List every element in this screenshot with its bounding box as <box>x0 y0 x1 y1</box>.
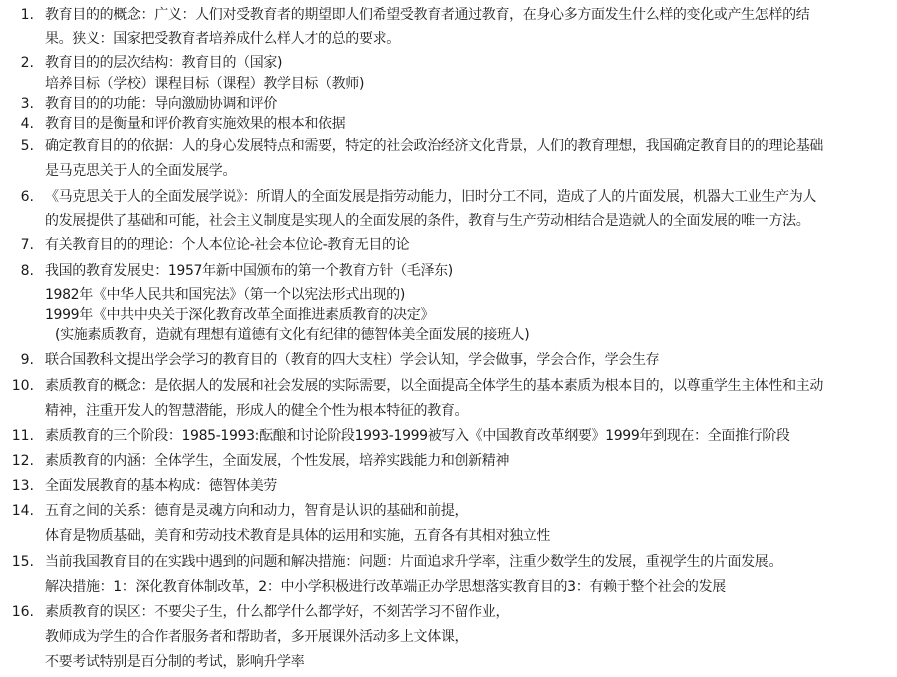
list-number: 16. <box>0 601 34 623</box>
list-item-line: 果。狭义：国家把受教育者培养成什么样人才的总的要求。 <box>45 28 400 50</box>
list-number: 14. <box>0 500 34 522</box>
list-item-line: 教育目的的概念：广义：人们对受教育者的期望即人们希望受教育者通过教育，在身心多方… <box>45 4 809 26</box>
list-item-line: 确定教育目的的依据：人的身心发展特点和需要，特定的社会政治经济文化背景，人们的教… <box>45 135 823 157</box>
list-number: 9. <box>0 349 34 371</box>
list-number: 12. <box>0 450 34 472</box>
list-item-line: 精神，注重开发人的智慧潜能，形成人的健全个性为根本特征的教育。 <box>45 400 468 422</box>
list-item-line: 体育是物质基础，美育和劳动技术教育是具体的运用和实施，五育各有其相对独立性 <box>45 525 550 547</box>
list-item-line: 我国的教育发展史：1957年新中国颁布的第一个教育方针（毛泽东) <box>45 260 453 282</box>
list-item-line: 素质教育的三个阶段：1985-1993:酝酿和讨论阶段1993-1999被写入《… <box>45 425 790 447</box>
list-number: 8. <box>0 260 34 282</box>
list-number: 5. <box>0 135 34 157</box>
list-item-line: 不要考试特别是百分制的考试，影响升学率 <box>45 651 304 673</box>
list-item-line: 教育目的的功能：导向激励协调和评价 <box>45 93 277 115</box>
list-item-line: 培养目标（学校）课程目标（课程）教学目标（教师) <box>45 73 364 95</box>
list-number: 10. <box>0 375 34 397</box>
document-body: 1. 教育目的的概念：广义：人们对受教育者的期望即人们希望受教育者通过教育，在身… <box>0 0 897 677</box>
list-item-line: 教育目的的层次结构：教育目的（国家) <box>45 52 282 74</box>
list-number: 6. <box>0 186 34 208</box>
list-item-line: 有关教育目的的理论：个人本位论-社会本位论-教育无目的论 <box>45 234 409 256</box>
list-item-line: 是马克思关于人的全面发展学。 <box>45 160 236 182</box>
list-item-line: 教师成为学生的合作者服务者和帮助者，多开展课外活动多上文体课， <box>45 626 468 648</box>
list-number: 7. <box>0 234 34 256</box>
list-number: 15. <box>0 551 34 573</box>
list-item-line: 解决措施：1：深化教育体制改革，2：中小学积极进行改革端正办学思想落实教育目的3… <box>45 576 726 598</box>
list-item-line: 素质教育的误区：不要尖子生，什么都学什么都学好，不刻苦学习不留作业， <box>45 601 509 623</box>
list-number: 4. <box>0 113 34 135</box>
list-number: 3. <box>0 93 34 115</box>
list-item-line: 1999年《中共中央关于深化教育改革全面推进素质教育的决定》 <box>45 304 434 326</box>
list-item-line: 《马克思关于人的全面发展学说》：所谓人的全面发展是指劳动能力，旧时分工不同，造成… <box>45 186 816 208</box>
list-number: 11. <box>0 425 34 447</box>
list-item-line: 的发展提供了基础和可能，社会主义制度是实现人的全面发展的条件，教育与生产劳动相结… <box>45 210 809 232</box>
list-number: 2. <box>0 52 34 74</box>
list-item-line: 1982年《中华人民共和国宪法》（第一个以宪法形式出现的) <box>45 284 405 306</box>
list-item-line: 当前我国教育目的在实践中遇到的问题和解决措施：问题：片面追求升学率，注重少数学生… <box>45 551 782 573</box>
list-item-line: 教育目的是衡量和评价教育实施效果的根本和依据 <box>45 113 345 135</box>
list-item-line: (实施素质教育，造就有理想有道德有文化有纪律的德智体美全面发展的接班人) <box>55 324 529 346</box>
list-item-line: 素质教育的概念：是依据人的发展和社会发展的实际需要，以全面提高全体学生的基本素质… <box>45 375 823 397</box>
list-item-line: 五育之间的关系：德育是灵魂方向和动力，智育是认识的基础和前提， <box>45 500 468 522</box>
list-number: 13. <box>0 475 34 497</box>
list-item-line: 素质教育的内涵：全体学生，全面发展，个性发展，培养实践能力和创新精神 <box>45 450 509 472</box>
list-item-line: 全面发展教育的基本构成：德智体美劳 <box>45 475 277 497</box>
list-item-line: 联合国教科文提出学会学习的教育目的（教育的四大支柱）学会认知，学会做事，学会合作… <box>45 349 659 371</box>
list-number: 1. <box>0 4 34 26</box>
